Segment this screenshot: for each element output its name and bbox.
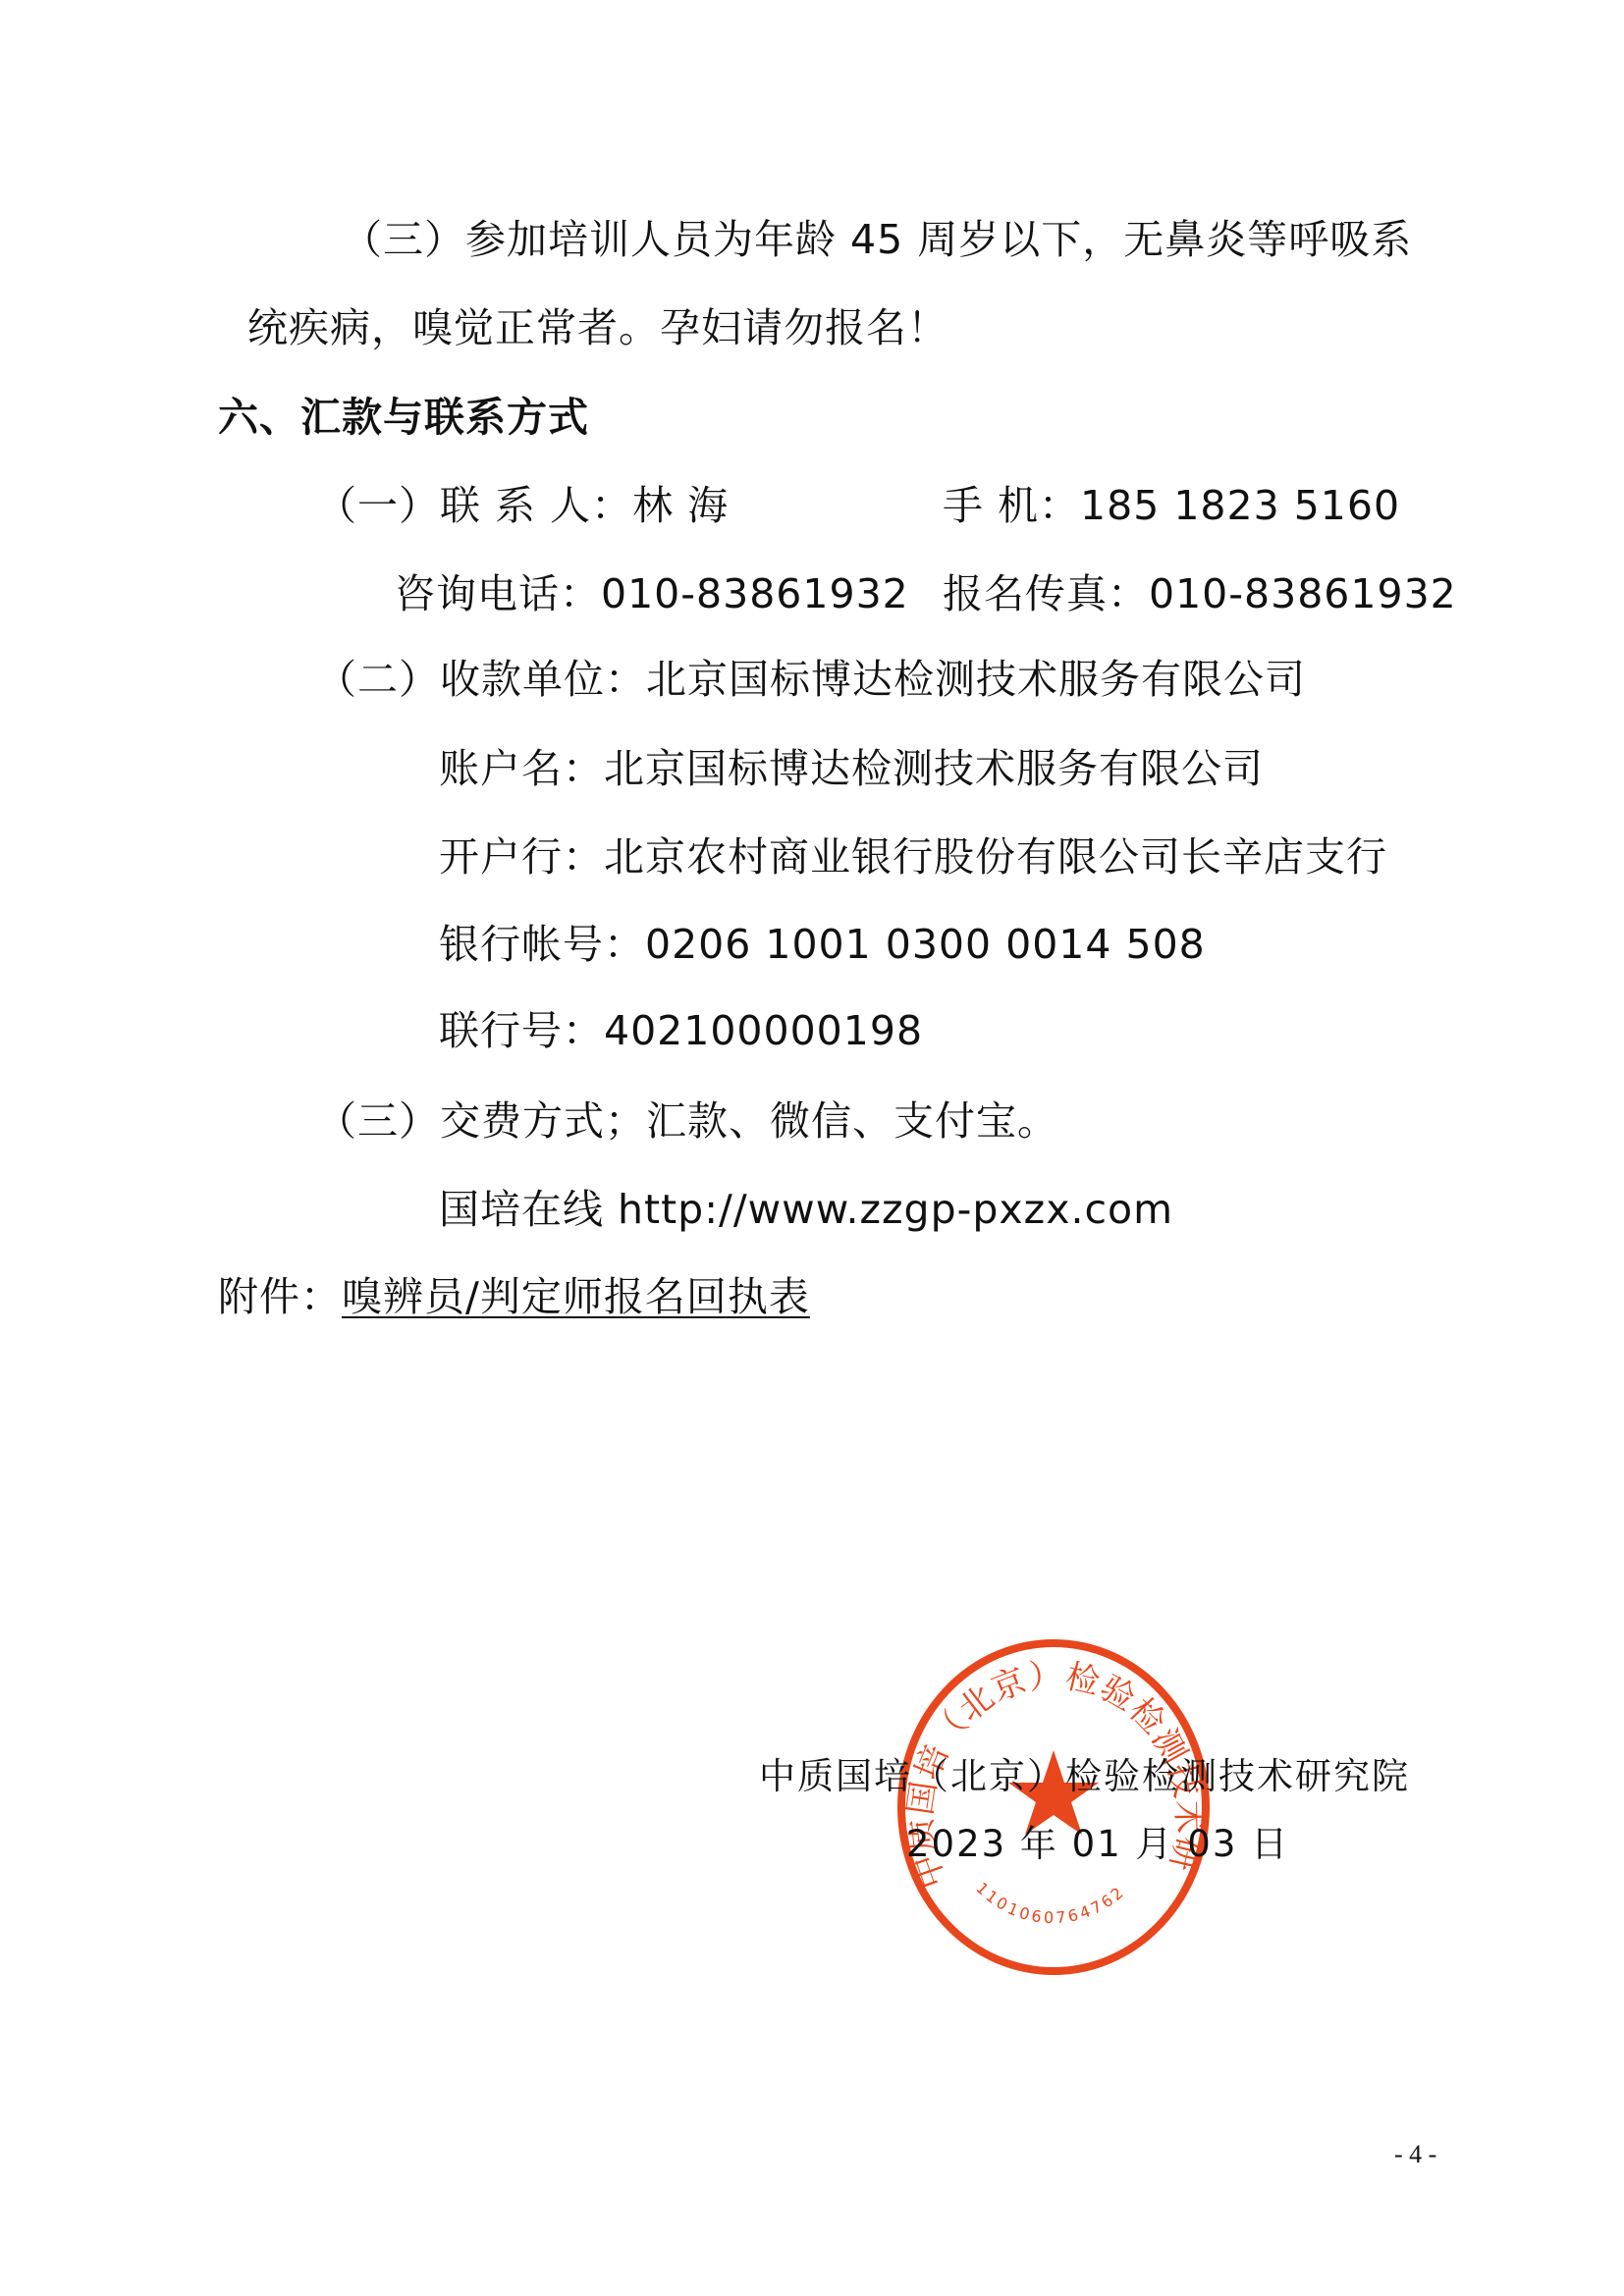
phone-line: 咨询电话：010-83861932 (395, 570, 909, 617)
payment-method-line: （三）交费方式；汇款、微信、支付宝。 (316, 1097, 1058, 1145)
account-name-line: 账户名：北京国标博达检测技术服务有限公司 (439, 745, 1264, 792)
contact-line: （一）联 系 人：林 海 (316, 482, 729, 529)
attachment-link[interactable]: 嗅辨员/判定师报名回执表 (342, 1273, 810, 1320)
mobile-line: 手 机：185 1823 5160 (943, 482, 1400, 529)
website-line[interactable]: 国培在线 http://www.zzgp-pxzx.com (439, 1186, 1173, 1233)
bank-line: 开户行：北京农村商业银行股份有限公司长辛店支行 (439, 833, 1387, 881)
item3-line1: （三）参加培训人员为年龄 45 周岁以下，无鼻炎等呼吸系 (342, 216, 1412, 263)
fax-line: 报名传真：010-83861932 (943, 570, 1457, 617)
page-number: - 4 - (1394, 2140, 1436, 2169)
attachment-line: 附件：嗅辨员/判定师报名回执表 (218, 1273, 810, 1320)
signature-organization: 中质国培（北京）检验检测技术研究院 (759, 1755, 1410, 1798)
account-number-line: 银行帐号：0206 1001 0300 0014 508 (439, 921, 1206, 968)
section6-heading: 六、汇款与联系方式 (218, 394, 589, 441)
item3-line2: 统疾病，嗅觉正常者。孕妇请勿报名！ (247, 304, 948, 351)
bank-code-line: 联行号：402100000198 (439, 1007, 923, 1054)
svg-text:1101060764762: 1101060764762 (972, 1879, 1129, 1928)
official-seal-icon: 中质国培（北京）检验检测技术研究院 1101060764762 (895, 1637, 1212, 1977)
signature-date: 2023 年 01 月 03 日 (906, 1823, 1289, 1866)
attachment-label: 附件： (218, 1273, 342, 1320)
payee-line: （二）收款单位：北京国标博达检测技术服务有限公司 (316, 656, 1306, 703)
